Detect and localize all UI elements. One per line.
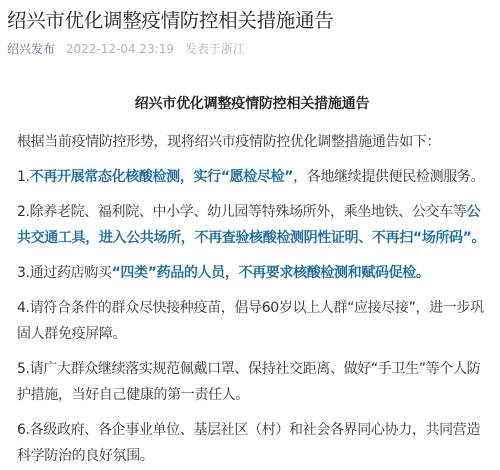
notice-heading: 绍兴市优化调整疫情防控相关措施通告 [17,93,487,115]
notice-item-1: 1.不再开展常态化核酸检测，实行“愿检尽检”，各地继续提供便民检测服务。 [17,164,487,190]
item-text: 3.通过药店购买 [17,265,112,281]
item-text: 4.请符合条件的群众尽快接种疫苗，倡导60岁以上人群“应接尽接”，进一步巩固人群… [17,300,484,342]
item-text: ，各地继续提供便民检测服务。 [293,169,484,185]
intro-paragraph: 根据当前疫情防控形势，现将绍兴市疫情防控优化调整措施通告如下： [17,129,487,155]
notice-item-5: 5.请广大群众继续落实规范佩戴口罩、保持社交距离、做好“手卫生”等个人防护措施，… [17,356,487,408]
publish-time: 2022-12-04 23:19 [66,42,174,56]
item-highlight: 不再开展常态化核酸检测，实行“愿检尽检” [30,169,293,185]
notice-item-4: 4.请符合条件的群众尽快接种疫苗，倡导60岁以上人群“应接尽接”，进一步巩固人群… [17,295,487,347]
notice-item-3: 3.通过药店购买“四类”药品的人员，不再要求核酸检测和赋码促检。 [17,260,487,286]
article-content: 绍兴市优化调整疫情防控相关措施通告 根据当前疫情防控形势，现将绍兴市疫情防控优化… [17,93,487,470]
item-highlight: “四类”药品的人员，不再要求核酸检测和赋码促检。 [112,265,430,281]
item-text: 5.请广大群众继续落实规范佩戴口罩、保持社交距离、做好“手卫生”等个人防护措施，… [17,361,480,403]
author-link[interactable]: 绍兴发布 [7,42,55,56]
notice-item-6: 6.各级政府、各企事业单位、基层社区（村）和社会各界同心协力，共同营造科学防治的… [17,417,487,469]
item-text: 2.除养老院、福利院、中小学、幼儿园等特殊场所外，乘坐地铁、公交车等 [17,204,466,220]
publish-location: 发表于浙江 [185,42,245,56]
notice-item-2: 2.除养老院、福利院、中小学、幼儿园等特殊场所外，乘坐地铁、公交车等公共交通工具… [17,199,487,251]
item-text: 1. [17,169,30,185]
article-title: 绍兴市优化调整疫情防控相关措施通告 [7,8,333,34]
item-text: 6.各级政府、各企事业单位、基层社区（村）和社会各界同心协力，共同营造科学防治的… [17,422,480,464]
article-meta: 绍兴发布 2022-12-04 23:19 发表于浙江 [7,41,245,57]
